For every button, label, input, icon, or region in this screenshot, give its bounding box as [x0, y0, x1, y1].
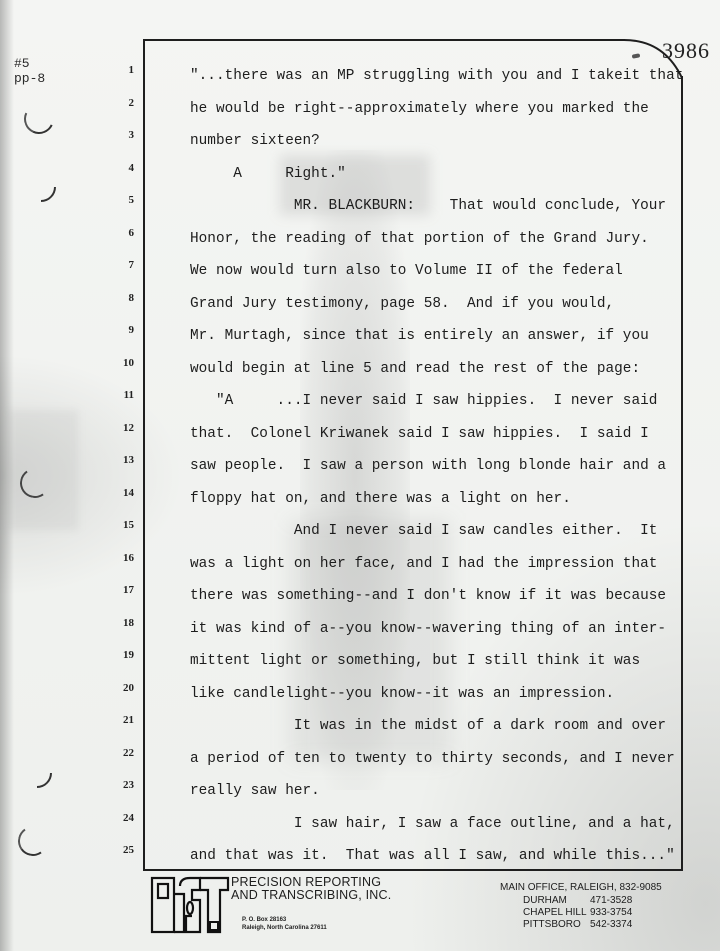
line-number: 2: [108, 95, 134, 128]
transcript-line: mittent light or something, but I still …: [190, 645, 680, 678]
line-number: 23: [108, 777, 134, 810]
transcript-frame-right: [681, 76, 683, 871]
line-number: 22: [108, 745, 134, 778]
exhibit-note: #5 pp-8: [14, 56, 45, 86]
line-number: 8: [108, 290, 134, 323]
company-name-line2: AND TRANSCRIBING, INC.: [231, 889, 391, 902]
address-line2: Raleigh, North Carolina 27611: [242, 924, 327, 932]
transcript-line: Mr. Murtagh, since that is entirely an a…: [190, 320, 680, 353]
office-list: MAIN OFFICE, RALEIGH, 832-9085 DURHAM 47…: [500, 882, 662, 931]
line-number-column: 1234567891011121314151617181920212223242…: [108, 62, 134, 875]
transcript-line: saw people. I saw a person with long blo…: [190, 450, 680, 483]
address-line1: P. O. Box 28163: [242, 916, 327, 924]
main-office: MAIN OFFICE, RALEIGH, 832-9085: [500, 882, 662, 894]
transcript-body: "...there was an MP struggling with you …: [190, 60, 680, 873]
transcript-line: it was kind of a--you know--wavering thi…: [190, 613, 680, 646]
transcript-line: there was something--and I don't know if…: [190, 580, 680, 613]
line-number: 14: [108, 485, 134, 518]
transcript-line: We now would turn also to Volume II of t…: [190, 255, 680, 288]
office-row: PITTSBORO 542-3374: [500, 919, 662, 931]
transcript-line: Honor, the reading of that portion of th…: [190, 223, 680, 256]
transcript-line: And I never said I saw candles either. I…: [190, 515, 680, 548]
transcript-line: that. Colonel Kriwanek said I saw hippie…: [190, 418, 680, 451]
transcript-line: was a light on her face, and I had the i…: [190, 548, 680, 581]
transcript-line: a period of ten to twenty to thirty seco…: [190, 743, 680, 776]
line-number: 25: [108, 842, 134, 875]
line-number: 10: [108, 355, 134, 388]
line-number: 5: [108, 192, 134, 225]
line-number: 6: [108, 225, 134, 258]
transcript-line: like candlelight--you know--it was an im…: [190, 678, 680, 711]
transcript-line: I saw hair, I saw a face outline, and a …: [190, 808, 680, 841]
transcript-line: would begin at line 5 and read the rest …: [190, 353, 680, 386]
transcript-line: really saw her.: [190, 775, 680, 808]
line-number: 24: [108, 810, 134, 843]
transcript-line: "...there was an MP struggling with you …: [190, 60, 680, 93]
office-phone: 933-3754: [590, 907, 632, 919]
office-phone: 471-3528: [590, 895, 632, 907]
line-number: 13: [108, 452, 134, 485]
company-logo-icon: [150, 876, 230, 936]
line-number: 18: [108, 615, 134, 648]
office-city: CHAPEL HILL: [523, 907, 590, 919]
line-number: 16: [108, 550, 134, 583]
office-city: DURHAM: [523, 895, 590, 907]
transcript-line: MR. BLACKBURN: That would conclude, Your: [190, 190, 680, 223]
office-row: DURHAM 471-3528: [500, 895, 662, 907]
line-number: 19: [108, 647, 134, 680]
office-phone: 542-3374: [590, 919, 632, 931]
line-number: 11: [108, 387, 134, 420]
transcript-line: A Right.": [190, 158, 680, 191]
line-number: 21: [108, 712, 134, 745]
line-number: 3: [108, 127, 134, 160]
line-number: 9: [108, 322, 134, 355]
company-name: PRECISION REPORTING AND TRANSCRIBING, IN…: [231, 876, 391, 902]
line-number: 20: [108, 680, 134, 713]
transcript-line: "A ...I never said I saw hippies. I neve…: [190, 385, 680, 418]
line-number: 7: [108, 257, 134, 290]
office-row: CHAPEL HILL 933-3754: [500, 907, 662, 919]
line-number: 12: [108, 420, 134, 453]
transcript-line: floppy hat on, and there was a light on …: [190, 483, 680, 516]
company-address: P. O. Box 28163 Raleigh, North Carolina …: [242, 916, 327, 932]
transcript-frame-top: [143, 39, 625, 41]
line-number: 15: [108, 517, 134, 550]
transcript-line: and that was it. That was all I saw, and…: [190, 840, 680, 873]
exhibit-note-pages: pp-8: [14, 71, 45, 86]
line-number: 1: [108, 62, 134, 95]
line-number: 17: [108, 582, 134, 615]
transcript-line: he would be right--approximately where y…: [190, 93, 680, 126]
transcript-line: It was in the midst of a dark room and o…: [190, 710, 680, 743]
office-city: PITTSBORO: [523, 919, 590, 931]
transcript-line: number sixteen?: [190, 125, 680, 158]
transcript-line: Grand Jury testimony, page 58. And if yo…: [190, 288, 680, 321]
exhibit-note-number: #5: [14, 56, 45, 71]
line-number: 4: [108, 160, 134, 193]
